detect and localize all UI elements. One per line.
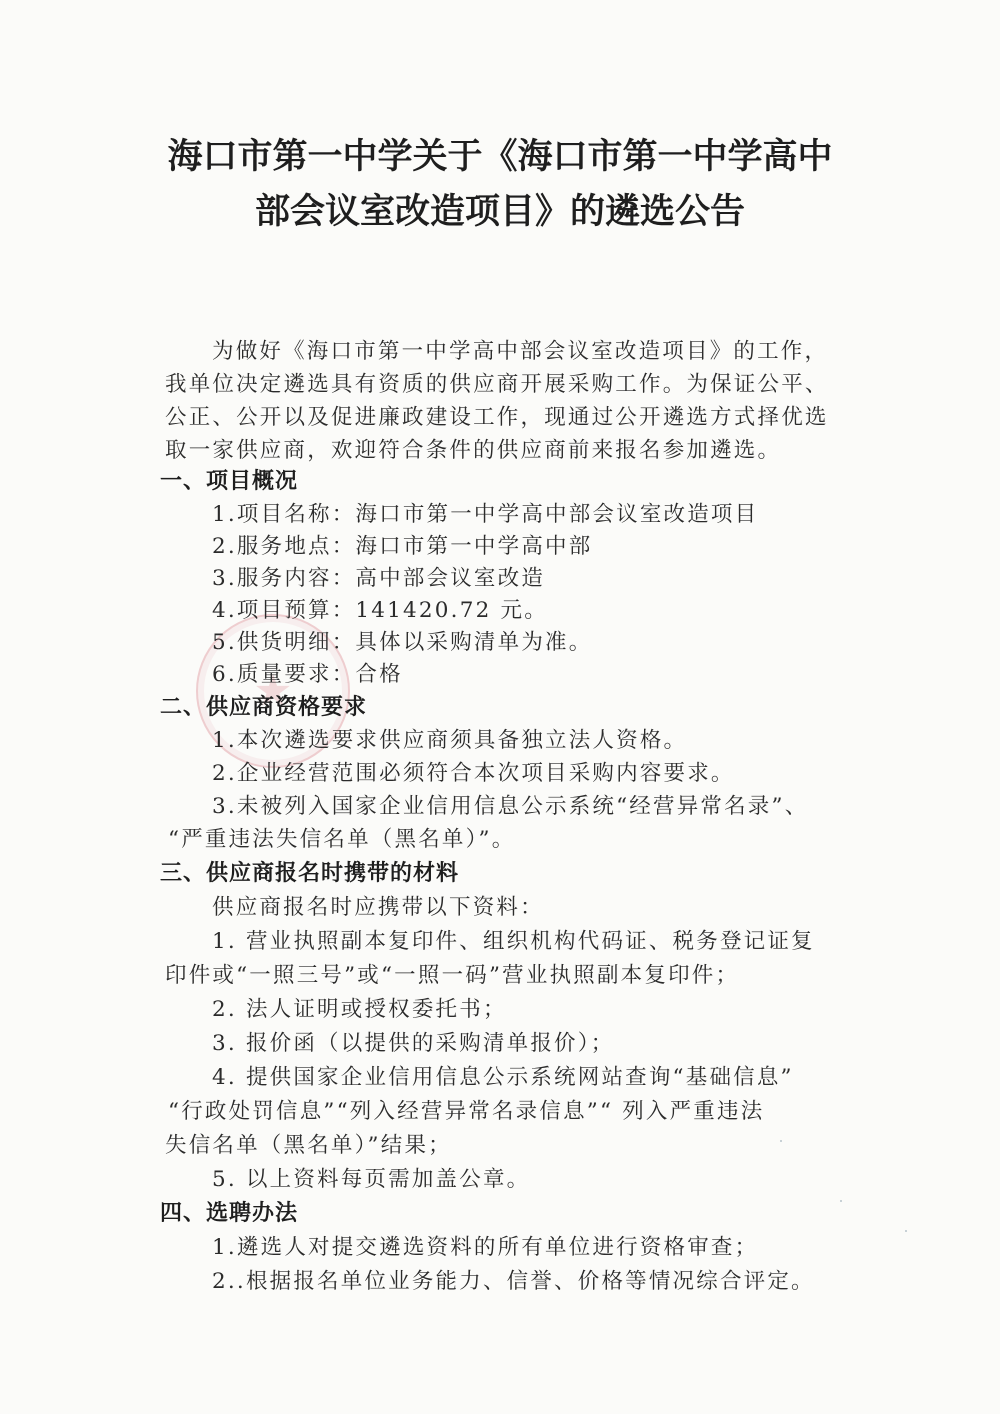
list-item: 印件或“一照三号”或“一照一码”营业执照副本复印件； (165, 961, 739, 991)
list-item: 1.本次遴选要求供应商须具备独立法人资格。 (212, 726, 687, 756)
scan-artifact (905, 1230, 907, 1232)
intro-line: 为做好《海口市第一中学高中部会议室改造项目》的工作， (212, 337, 828, 367)
list-item: “行政处罚信息”“列入经营异常名录信息”“ 列入严重违法 (168, 1097, 764, 1127)
document-title-line-1: 海口市第一中学关于《海口市第一中学高中 (0, 128, 1000, 186)
list-item: 3.服务内容：高中部会议室改造 (212, 564, 545, 594)
section-heading-project-overview: 一、项目概况 (160, 467, 298, 497)
intro-line: 公正、公开以及促进廉政建设工作，现通过公开遴选方式择优选 (165, 403, 829, 433)
section-heading-selection-method: 四、选聘办法 (160, 1199, 298, 1229)
list-item: 5. 以上资料每页需加盖公章。 (212, 1165, 530, 1195)
scan-artifact (780, 1140, 782, 1142)
list-item: 1. 营业执照副本复印件、组织机构代码证、税务登记证复 (212, 927, 815, 957)
scan-artifact (840, 1200, 842, 1202)
list-item: 6.质量要求：合格 (212, 660, 403, 690)
document-title-line-2: 部会议室改造项目》的遴选公告 (0, 183, 1000, 241)
list-item: 失信名单（黑名单）”结果； (165, 1131, 452, 1161)
list-item: 1.项目名称：海口市第一中学高中部会议室改造项目 (212, 500, 758, 530)
document-page: ★ 海口市第一中学关于《海口市第一中学高中 部会议室改造项目》的遴选公告 为做好… (0, 0, 1000, 1414)
list-item: 4.项目预算：141420.72 元。 (212, 596, 548, 626)
list-item: “严重违法失信名单（黑名单）”。 (168, 825, 515, 855)
list-item: 5.供货明细：具体以采购清单为准。 (212, 628, 592, 658)
list-item: 4. 提供国家企业信用信息公示系统网站查询“基础信息” (212, 1063, 794, 1093)
list-item: 2.企业经营范围必须符合本次项目采购内容要求。 (212, 759, 735, 789)
list-item: 3. 报价函（以提供的采购清单报价）； (212, 1029, 614, 1059)
list-item: 2.服务地点：海口市第一中学高中部 (212, 532, 592, 562)
section-heading-supplier-qualifications: 二、供应商资格要求 (160, 693, 367, 723)
list-item: 2. 法人证明或授权委托书； (212, 995, 507, 1025)
intro-line: 取一家供应商，欢迎符合条件的供应商前来报名参加遴选。 (165, 436, 781, 466)
list-item: 3.未被列入国家企业信用信息公示系统“经营异常名录”、 (212, 792, 808, 822)
list-item: 1.遴选人对提交遴选资料的所有单位进行资格审查； (212, 1233, 758, 1263)
list-item: 供应商报名时应携带以下资料： (212, 893, 544, 923)
section-heading-registration-materials: 三、供应商报名时携带的材料 (160, 859, 459, 889)
intro-line: 我单位决定遴选具有资质的供应商开展采购工作。为保证公平、 (165, 370, 829, 400)
list-item: 2..根据报名单位业务能力、信誉、价格等情况综合评定。 (212, 1267, 815, 1297)
